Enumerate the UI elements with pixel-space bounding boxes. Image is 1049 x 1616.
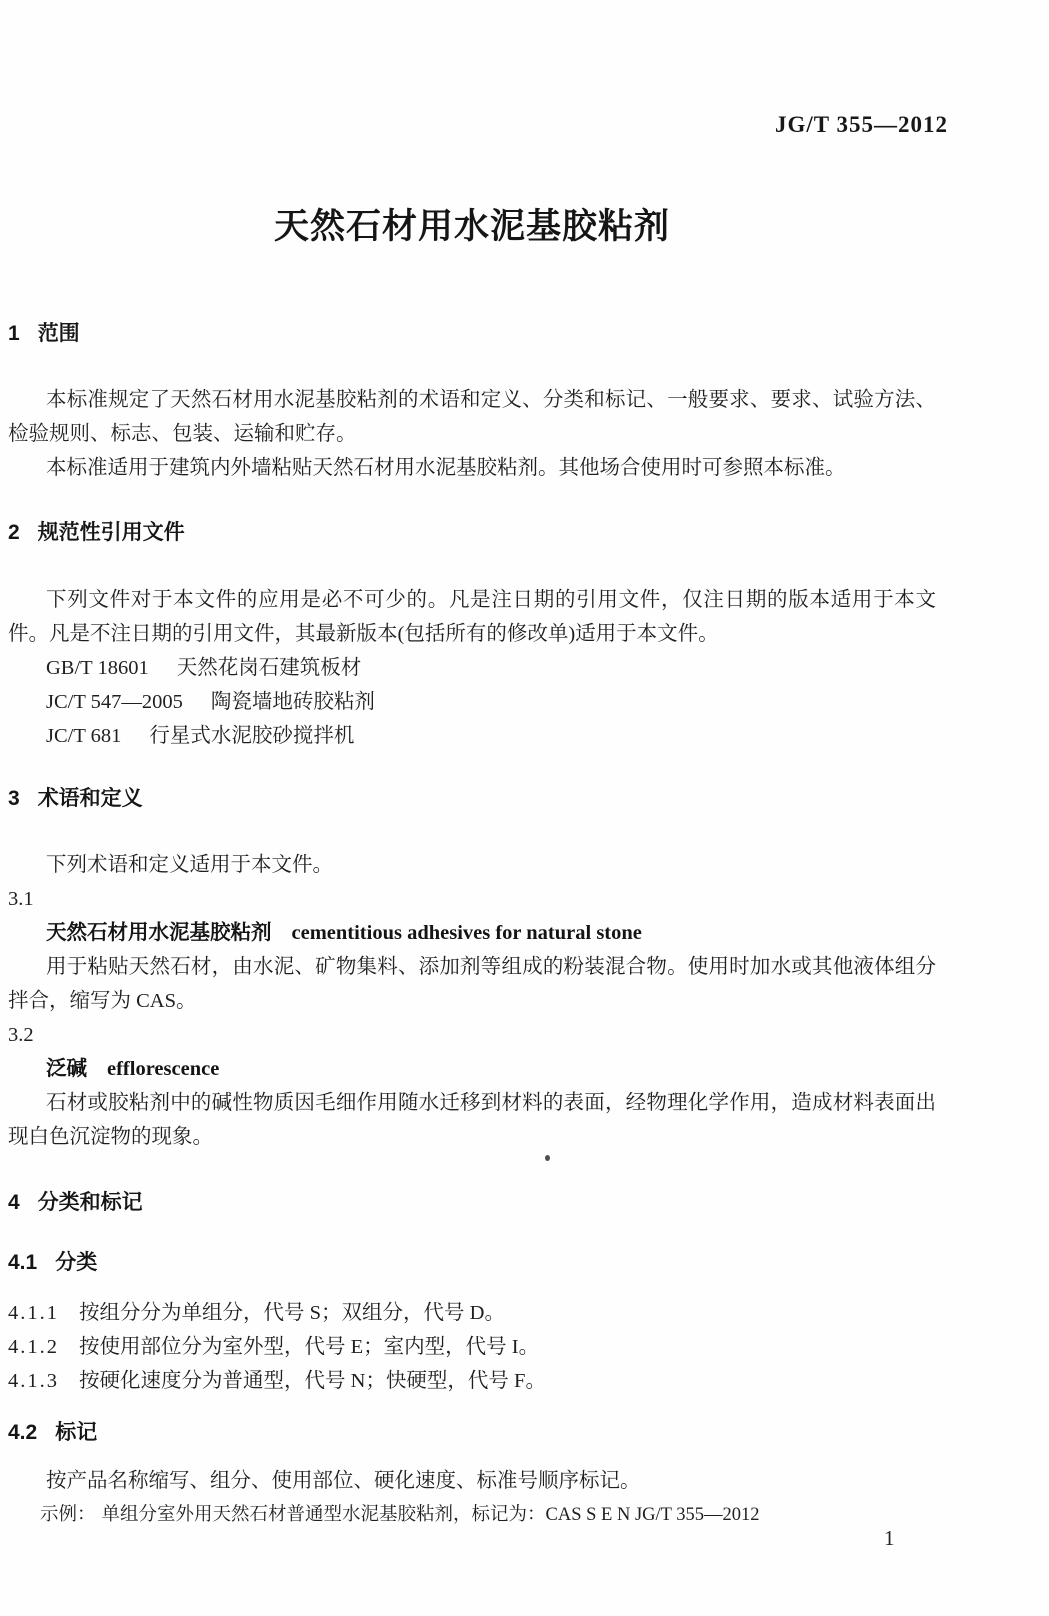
item-number: 4.1.2	[8, 1330, 59, 1364]
scan-ink-dot	[545, 1155, 550, 1161]
document-title: 天然石材用水泥基胶粘剂	[8, 205, 936, 249]
classification-item: 4.1.1按组分分为单组分，代号 S；双组分，代号 D。	[8, 1296, 936, 1330]
page-content: 天然石材用水泥基胶粘剂 1范围 本标准规定了天然石材用水泥基胶粘剂的术语和定义、…	[8, 0, 936, 1530]
section-4-1-number: 4.1	[8, 1248, 37, 1278]
item-number: 4.1.1	[8, 1296, 59, 1330]
term-english: efflorescence	[107, 1058, 219, 1080]
reference-title: 天然花岗石建筑板材	[177, 657, 362, 679]
reference-title: 行星式水泥胶砂搅拌机	[149, 725, 354, 747]
section-4-number: 4	[8, 1188, 20, 1218]
section-4-1-title: 分类	[55, 1251, 97, 1274]
term-entry: 天然石材用水泥基胶粘剂cementitious adhesives for na…	[46, 916, 936, 950]
scope-paragraph-2: 本标准适用于建筑内外墙粘贴天然石材用水泥基胶粘剂。其他场合使用时可参照本标准。	[8, 451, 936, 485]
reference-title: 陶瓷墙地砖胶粘剂	[211, 691, 375, 713]
section-4-title: 分类和标记	[38, 1191, 143, 1214]
section-1-title: 范围	[38, 322, 80, 345]
page-number: 1	[884, 1526, 895, 1551]
scope-paragraph-1: 本标准规定了天然石材用水泥基胶粘剂的术语和定义、分类和标记、一般要求、要求、试验…	[8, 383, 936, 451]
section-2-heading: 2规范性引用文件	[8, 518, 936, 548]
term-number: 3.2	[8, 1018, 936, 1052]
reference-code: JC/T 547—2005	[46, 685, 183, 719]
term-definition: 用于粘贴天然石材，由水泥、矿物集料、添加剂等组成的粉装混合物。使用时加水或其他液…	[8, 950, 936, 1018]
marking-paragraph: 按产品名称缩写、组分、使用部位、硬化速度、标准号顺序标记。	[8, 1464, 936, 1498]
section-1-heading: 1范围	[8, 319, 936, 349]
classification-item: 4.1.2按使用部位分为室外型，代号 E；室内型，代号 I。	[8, 1330, 936, 1364]
section-2-number: 2	[8, 518, 20, 548]
reference-item: JC/T 547—2005陶瓷墙地砖胶粘剂	[46, 685, 936, 719]
marking-example: 示例：单组分室外用天然石材普通型水泥基胶粘剂，标记为：CAS S E N JG/…	[40, 1500, 936, 1530]
section-4-heading: 4分类和标记	[8, 1188, 936, 1218]
term-entry: 泛碱efflorescence	[46, 1052, 936, 1086]
section-3-heading: 3术语和定义	[8, 784, 936, 814]
standard-document-page: JG/T 355—2012 天然石材用水泥基胶粘剂 1范围 本标准规定了天然石材…	[0, 0, 1049, 1616]
reference-code: JC/T 681	[46, 719, 121, 753]
references-intro: 下列文件对于本文件的应用是必不可少的。凡是注日期的引用文件，仅注日期的版本适用于…	[8, 583, 936, 651]
section-4-2-number: 4.2	[8, 1418, 37, 1448]
section-3-number: 3	[8, 784, 20, 814]
term-english: cementitious adhesives for natural stone	[292, 922, 642, 944]
section-4-2-title: 标记	[55, 1421, 97, 1444]
classification-item: 4.1.3按硬化速度分为普通型，代号 N；快硬型，代号 F。	[8, 1364, 936, 1398]
item-text: 按组分分为单组分，代号 S；双组分，代号 D。	[79, 1302, 505, 1324]
term-chinese: 泛碱	[46, 1057, 87, 1080]
example-label: 示例：	[40, 1505, 96, 1525]
item-text: 按硬化速度分为普通型，代号 N；快硬型，代号 F。	[79, 1370, 546, 1392]
reference-item: GB/T 18601天然花岗石建筑板材	[46, 651, 936, 685]
section-3-title: 术语和定义	[38, 787, 143, 810]
reference-item: JC/T 681行星式水泥胶砂搅拌机	[46, 719, 936, 753]
section-4-2-heading: 4.2标记	[8, 1418, 936, 1448]
item-number: 4.1.3	[8, 1364, 59, 1398]
section-1-number: 1	[8, 319, 20, 349]
term-number: 3.1	[8, 882, 936, 916]
section-2-title: 规范性引用文件	[38, 521, 185, 544]
terms-intro: 下列术语和定义适用于本文件。	[8, 848, 936, 882]
example-text: 单组分室外用天然石材普通型水泥基胶粘剂，标记为：CAS S E N JG/T 3…	[102, 1505, 760, 1525]
section-4-1-heading: 4.1分类	[8, 1248, 936, 1278]
reference-code: GB/T 18601	[46, 651, 149, 685]
term-definition: 石材或胶粘剂中的碱性物质因毛细作用随水迁移到材料的表面，经物理化学作用，造成材料…	[8, 1086, 936, 1154]
term-chinese: 天然石材用水泥基胶粘剂	[46, 921, 272, 944]
item-text: 按使用部位分为室外型，代号 E；室内型，代号 I。	[79, 1336, 539, 1358]
